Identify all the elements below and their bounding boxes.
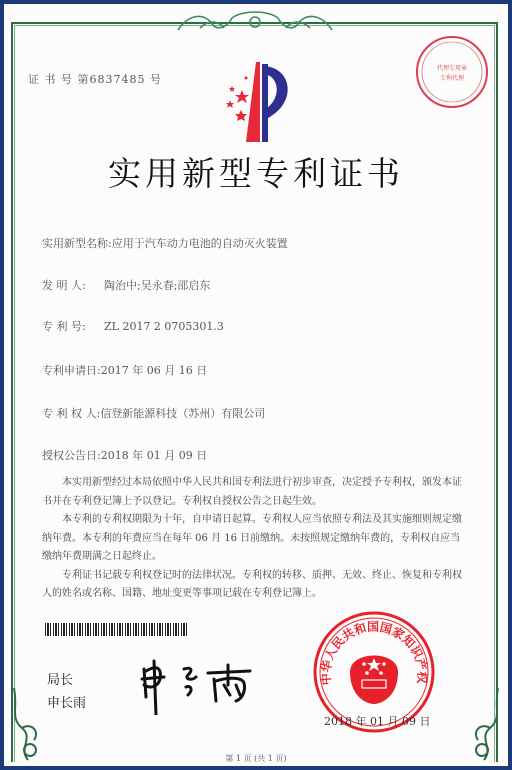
paragraph: 本专利的专利权期限为十年，自申请日起算。专利权人应当依照专利法及其实施细则规定缴… <box>42 511 462 567</box>
certificate-body-text: 本实用新型经过本局依照中华人民共和国专利法进行初步审查，决定授予专利权，颁发本证… <box>42 474 462 604</box>
field-value: 2017 年 06 月 16 日 <box>101 364 207 377</box>
field-label: 发 明 人: <box>42 277 104 293</box>
field-value: 陶治中;吴永春;邵启东 <box>104 279 210 292</box>
field-label: 授权公告日: <box>42 447 101 463</box>
field-value: ZL 2017 2 0705301.3 <box>104 320 224 333</box>
field-application-date: 专利申请日:2017 年 06 月 16 日 <box>42 362 207 378</box>
svg-text:专利代理: 专利代理 <box>440 74 464 82</box>
field-patent-number: 专 利 号:ZL 2017 2 0705301.3 <box>42 318 224 334</box>
patent-office-logo-icon <box>212 62 302 142</box>
field-grant-date: 授权公告日:2018 年 01 月 09 日 <box>42 447 207 463</box>
agency-seal-icon: 代理专用章 专利代理 <box>414 34 490 110</box>
certificate-title: 实用新型专利证书 <box>0 148 512 195</box>
certificate-number: 证 书 号 第6837485 号 <box>28 71 162 87</box>
field-utility-model-name: 实用新型名称:应用于汽车动力电池的自动灭火装置 <box>42 235 288 251</box>
director-signature-icon <box>138 655 258 715</box>
paragraph: 专利证书记载专利权登记时的法律状况。专利权的转移、质押、无效、终止、恢复和专利权… <box>42 567 462 604</box>
barcode <box>45 623 187 636</box>
top-ornament-icon <box>172 8 338 36</box>
field-value: 应用于汽车动力电池的自动灭火装置 <box>112 237 288 250</box>
field-inventors: 发 明 人:陶治中;吴永春;邵启东 <box>42 277 210 293</box>
svg-text:代理专用章: 代理专用章 <box>437 64 467 72</box>
paragraph: 本实用新型经过本局依照中华人民共和国专利法进行初步审查，决定授予专利权，颁发本证… <box>42 474 462 511</box>
field-value: 2018 年 01 月 09 日 <box>101 449 207 462</box>
director-title: 局长 <box>47 669 86 692</box>
field-label: 专利申请日: <box>42 362 101 378</box>
seal-date: 2018 年 01 月 09 日 <box>324 713 430 729</box>
field-label: 专 利 号: <box>42 318 104 334</box>
field-patentee: 专 利 权 人:信登新能源科技（苏州）有限公司 <box>42 405 265 421</box>
director-block: 局长 申长雨 <box>47 669 86 715</box>
director-name: 申长雨 <box>47 692 86 715</box>
field-label: 实用新型名称: <box>42 235 112 251</box>
field-label: 专 利 权 人: <box>42 405 100 421</box>
field-value: 信登新能源科技（苏州）有限公司 <box>100 407 265 420</box>
page-number: 第 1 页 (共 1 页) <box>0 753 512 764</box>
